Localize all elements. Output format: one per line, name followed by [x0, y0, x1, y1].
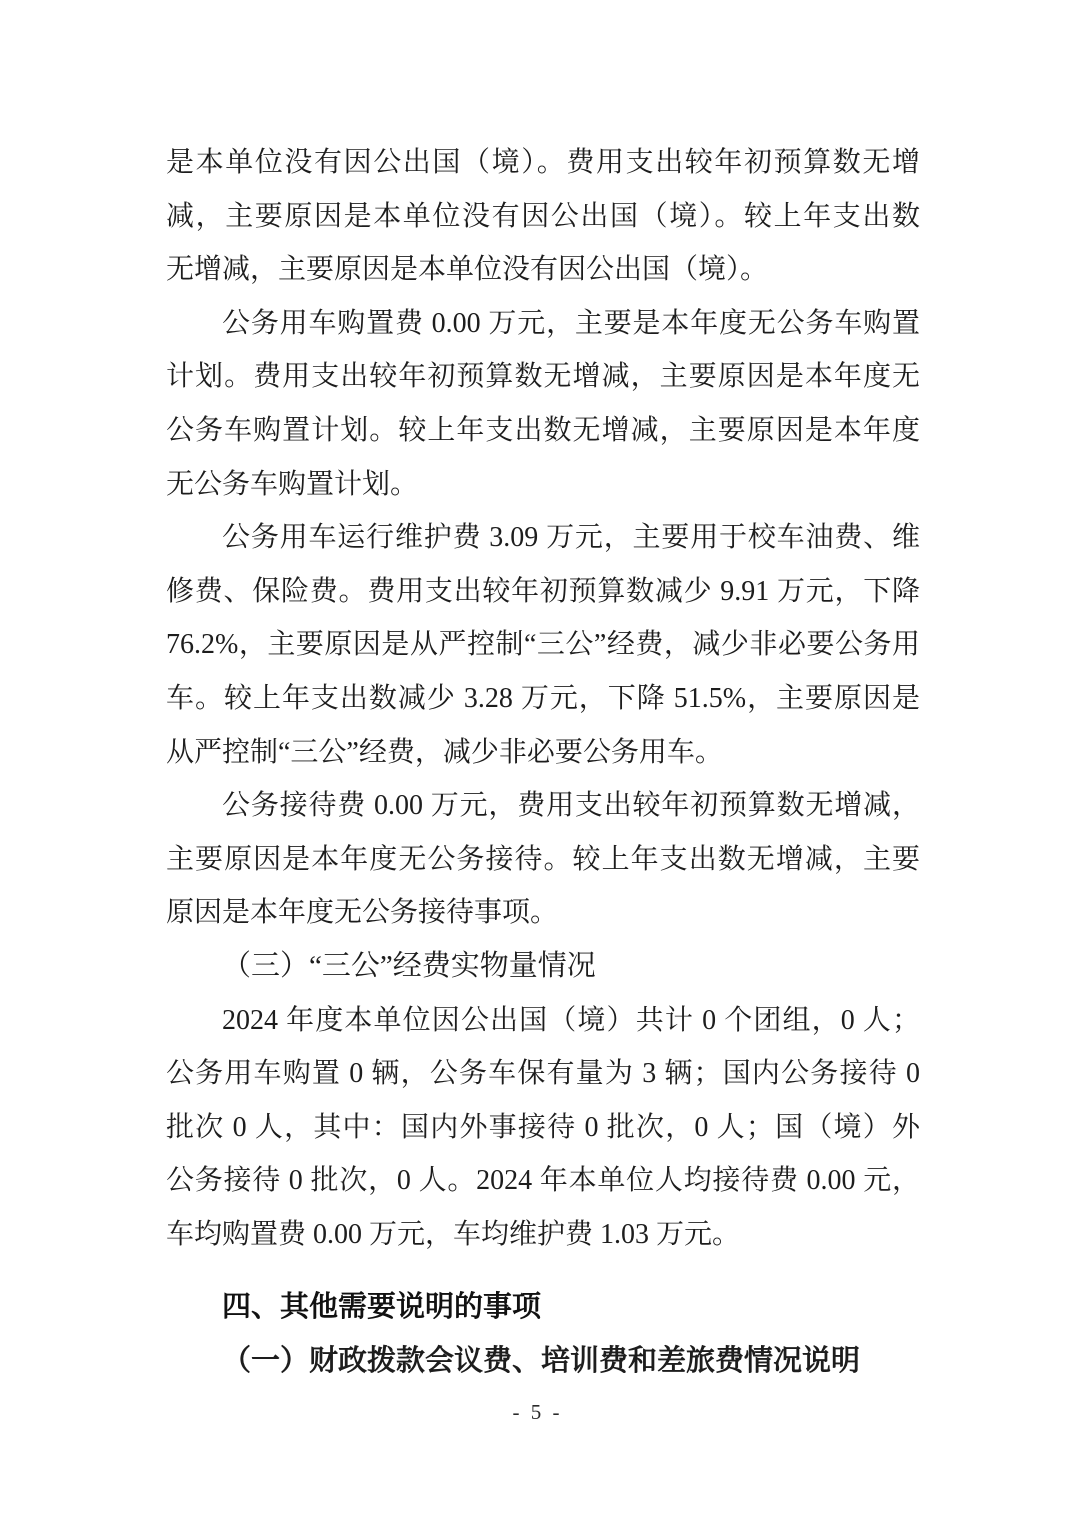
section-heading-three: （三）“三公”经费实物量情况 [166, 940, 920, 994]
paragraph-line: 无增减，主要原因是本单位没有因公出国（境）。 [166, 243, 920, 297]
document-content: 是本单位没有因公出国（境）。费用支出较年初预算数无增减，主要原因是本单位没有因公… [166, 136, 920, 1389]
section-heading-four: 四、其他需要说明的事项 [166, 1281, 920, 1335]
paragraph-line: 车均购置费 0.00 万元，车均维护费 1.03 万元。 [166, 1208, 920, 1262]
paragraph-line: 公务车购置计划。较上年支出数无增减，主要原因是本年度 [166, 404, 920, 458]
subsection-heading-one: （一）财政拨款会议费、培训费和差旅费情况说明 [166, 1335, 920, 1389]
paragraph-line: 76.2%，主要原因是从严控制“三公”经费，减少非必要公务用 [166, 618, 920, 672]
page-number: - 5 - [0, 1400, 1075, 1425]
paragraph-line: 计划。费用支出较年初预算数无增减，主要原因是本年度无 [166, 350, 920, 404]
paragraph-line: 公务用车购置 0 辆，公务车保有量为 3 辆；国内公务接待 0 [166, 1047, 920, 1101]
paragraph-line: 公务用车购置费 0.00 万元，主要是本年度无公务车购置 [166, 297, 920, 351]
paragraph-line: 是本单位没有因公出国（境）。费用支出较年初预算数无增 [166, 136, 920, 190]
paragraph-line: 原因是本年度无公务接待事项。 [166, 886, 920, 940]
paragraph-line: 车。较上年支出数减少 3.28 万元，下降 51.5%，主要原因是 [166, 672, 920, 726]
paragraph-line: 公务接待费 0.00 万元，费用支出较年初预算数无增减， [166, 779, 920, 833]
paragraph-line: 公务接待 0 批次，0 人。2024 年本单位人均接待费 0.00 元， [166, 1154, 920, 1208]
paragraph-line: 公务用车运行维护费 3.09 万元，主要用于校车油费、维 [166, 511, 920, 565]
paragraph-line: 修费、保险费。费用支出较年初预算数减少 9.91 万元，下降 [166, 565, 920, 619]
document-page: 是本单位没有因公出国（境）。费用支出较年初预算数无增减，主要原因是本单位没有因公… [0, 0, 1075, 1520]
paragraph-line: 2024 年度本单位因公出国（境）共计 0 个团组，0 人； [166, 994, 920, 1048]
paragraph-line: 批次 0 人，其中：国内外事接待 0 批次，0 人；国（境）外 [166, 1101, 920, 1155]
paragraph-line: 主要原因是本年度无公务接待。较上年支出数无增减，主要 [166, 833, 920, 887]
paragraph-line: 无公务车购置计划。 [166, 458, 920, 512]
paragraph-line: 从严控制“三公”经费，减少非必要公务用车。 [166, 726, 920, 780]
paragraph-line: 减，主要原因是本单位没有因公出国（境）。较上年支出数 [166, 190, 920, 244]
